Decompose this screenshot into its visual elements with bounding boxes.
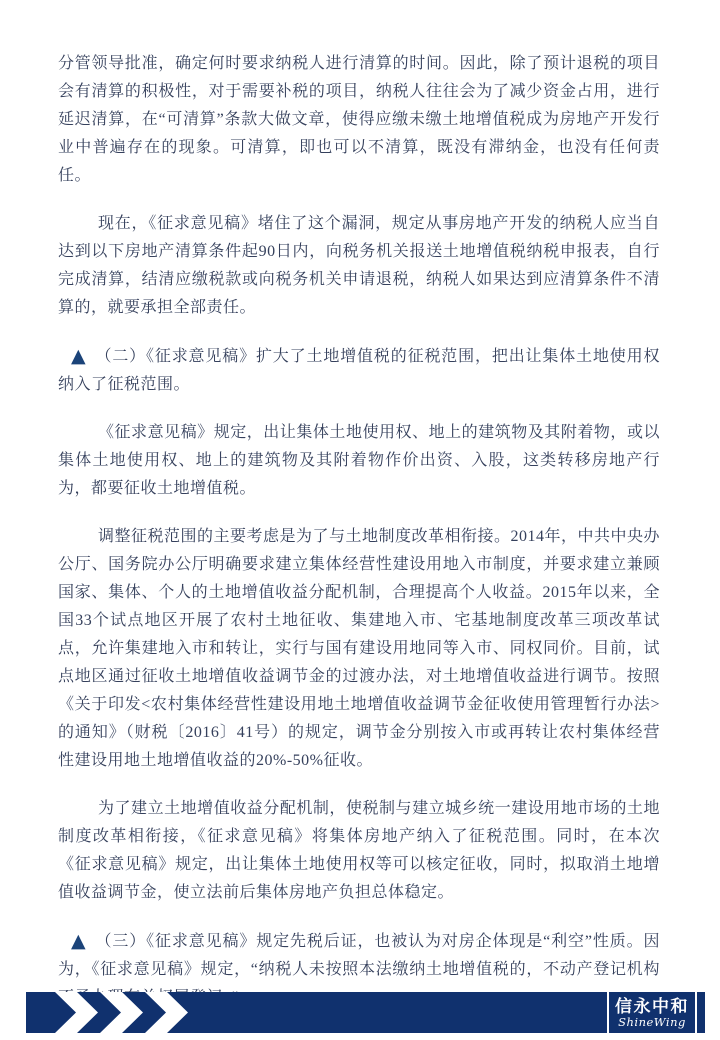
triangle-bullet-icon: ▲ <box>71 345 86 367</box>
paragraph: 调整征税范围的主要考虑是为了与土地制度改革相衔接。2014年，中共中央办公厅、国… <box>58 523 660 775</box>
bullet-paragraph: ▲（二）《征求意见稿》扩大了土地增值税的征税范围，把出让集体土地使用权纳入了征税… <box>58 342 660 399</box>
paragraph: 为了建立土地增值收益分配机制，使税制与建立城乡统一建设用地市场的土地制度改革相衔… <box>58 795 660 907</box>
footer-bar: 信永中和 ShineWing <box>26 992 705 1033</box>
paragraph: 现在，《征求意见稿》堵住了这个漏洞，规定从事房地产开发的纳税人应当自达到以下房地… <box>58 210 660 322</box>
document-body: 分管领导批准，确定何时要求纳税人进行清算的时间。因此，除了预计退税的项目会有清算… <box>58 50 660 1032</box>
paragraph: 《征求意见稿》规定，出让集体土地使用权、地上的建筑物及其附着物，或以集体土地使用… <box>58 419 660 503</box>
logo-english-text: ShineWing <box>615 1016 689 1029</box>
paragraph: 分管领导批准，确定何时要求纳税人进行清算的时间。因此，除了预计退税的项目会有清算… <box>58 50 660 190</box>
paragraph-text: （二）《征求意见稿》扩大了土地增值税的征税范围，把出让集体土地使用权纳入了征税范… <box>58 348 660 393</box>
document-page: 分管领导批准，确定何时要求纳税人进行清算的时间。因此，除了预计退税的项目会有清算… <box>0 0 720 1040</box>
logo-chinese-text: 信永中和 <box>615 997 689 1016</box>
shinewing-logo: 信永中和 ShineWing <box>607 992 697 1033</box>
triple-chevron-icon <box>26 992 705 1033</box>
triangle-bullet-icon: ▲ <box>71 930 87 952</box>
